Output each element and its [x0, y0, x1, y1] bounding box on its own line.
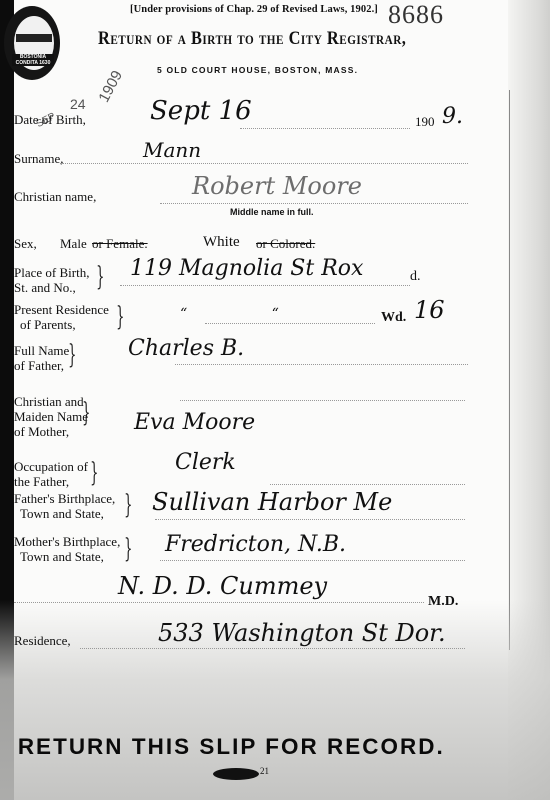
- label-mothers-birthplace: Mother's Birthplace,: [14, 534, 120, 549]
- label-maiden-name: Maiden Name: [14, 409, 88, 424]
- registrar-address: 5 OLD COURT HOUSE, BOSTON, MASS.: [157, 65, 358, 75]
- provisions-note: [Under provisions of Chap. 29 of Revised…: [130, 4, 378, 15]
- union-bug-number: 21: [260, 766, 269, 776]
- label-residence: Residence,: [14, 633, 71, 648]
- label-of-mother: of Mother,: [14, 424, 69, 439]
- year-suffix-value[interactable]: 9.: [442, 104, 463, 129]
- label-full-name: Full Name: [14, 343, 69, 358]
- label-christian-name: Christian name,: [14, 189, 96, 204]
- serial-number: 8686: [388, 0, 444, 30]
- label-of-father: of Father,: [14, 358, 64, 373]
- brace: }: [68, 340, 76, 370]
- dotted-line: [240, 128, 410, 129]
- brace: }: [124, 490, 132, 520]
- brace: }: [90, 458, 98, 488]
- middle-name-note: Middle name in full.: [230, 207, 314, 217]
- label-date-of-birth: Date of Birth,: [14, 112, 86, 127]
- residence-value[interactable]: 533 Washington St Dor.: [158, 619, 446, 647]
- brace: }: [82, 398, 90, 428]
- date-of-birth-value[interactable]: Sept 16: [150, 96, 252, 126]
- color-colored-struck: or Colored.: [256, 236, 315, 252]
- place-of-birth-value[interactable]: 119 Magnolia St Rox: [130, 256, 363, 281]
- received-stamp-day: 24: [70, 96, 86, 112]
- dotted-line: [205, 323, 375, 324]
- label-fathers-birthplace: Father's Birthplace,: [14, 491, 115, 506]
- label-present-residence: Present Residence: [14, 302, 109, 317]
- physician-value[interactable]: N. D. D. Cummey: [118, 572, 327, 600]
- dotted-line: [175, 364, 468, 365]
- surname-value[interactable]: Mann: [143, 138, 201, 162]
- form-title: Return of a Birth to the City Registrar,: [98, 28, 406, 50]
- dotted-line: [160, 560, 465, 561]
- label-surname: Surname,: [14, 151, 63, 166]
- dotted-line: [80, 648, 465, 649]
- father-name-value[interactable]: Charles B.: [128, 336, 244, 361]
- dotted-line: [14, 602, 424, 603]
- label-town-and-state: Town and State,: [20, 549, 104, 564]
- label-town-and-state: Town and State,: [20, 506, 104, 521]
- christian-name-value[interactable]: Robert Moore: [192, 172, 362, 200]
- dotted-line: [120, 285, 410, 286]
- dotted-line: [155, 519, 465, 520]
- dotted-line: [160, 203, 468, 204]
- father-birthplace-value[interactable]: Sullivan Harbor Me: [152, 488, 392, 516]
- ward-value[interactable]: 16: [414, 296, 445, 324]
- mother-birthplace-value[interactable]: Fredricton, N.B.: [165, 532, 346, 557]
- dotted-line: [60, 163, 468, 164]
- label-the-father: the Father,: [14, 474, 69, 489]
- received-stamp-year: 1909: [95, 68, 126, 105]
- ward-label: Wd.: [381, 310, 406, 326]
- dotted-line: [270, 484, 465, 485]
- brace: }: [96, 262, 104, 292]
- union-bug-icon: [213, 768, 259, 780]
- return-slip-instruction: RETURN THIS SLIP FOR RECORD.: [18, 734, 445, 760]
- label-place-of-birth: Place of Birth,: [14, 265, 89, 280]
- place-suffix: d.: [410, 269, 421, 285]
- sex-male: Male: [60, 236, 87, 252]
- label-christian-and: Christian and: [14, 394, 84, 409]
- present-residence-value[interactable]: “ “: [180, 306, 319, 322]
- sex-female-struck: or Female.: [92, 236, 148, 252]
- md-suffix: M.D.: [428, 594, 458, 610]
- color-white: White: [203, 234, 240, 251]
- occupation-value[interactable]: Clerk: [175, 450, 236, 475]
- label-sex: Sex,: [14, 236, 37, 251]
- mother-name-value[interactable]: Eva Moore: [134, 410, 255, 435]
- dotted-line: [180, 400, 465, 401]
- brace: }: [116, 302, 124, 332]
- brace: }: [124, 534, 132, 564]
- label-occupation: Occupation of: [14, 459, 88, 474]
- form-right-border: [509, 90, 510, 650]
- city-seal-icon: BOSTONIA CONDITA 1630: [4, 6, 60, 80]
- year-prefix: 190: [415, 114, 435, 130]
- label-st-and-no: St. and No.,: [14, 280, 76, 295]
- label-of-parents: of Parents,: [20, 317, 76, 332]
- birth-return-form: BOSTONIA CONDITA 1630 [Under provisions …: [0, 0, 550, 800]
